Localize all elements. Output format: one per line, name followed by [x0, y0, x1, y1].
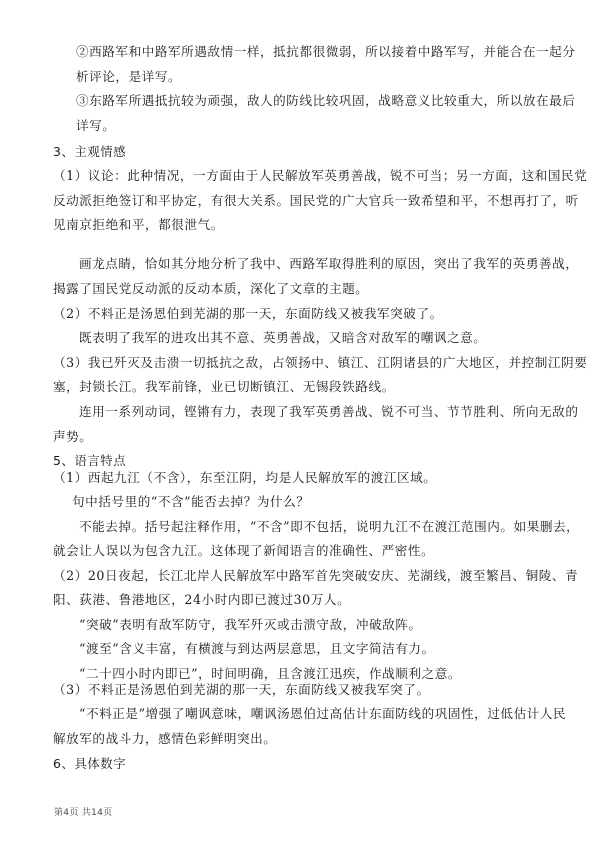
text-line: “突破”表明有敌军防守，我军歼灭或击溃守敌，冲破敌阵。 — [79, 617, 422, 633]
text-line: “不料正是”增强了嘲讽意味，嘲讽汤恩伯过高估计东面防线的巩固性，过低估计人民 — [79, 706, 566, 722]
text-line: （3）我已歼灭及击溃一切抵抗之敌，占领扬中、镇江、江阴诸县的广大地区，并控制江阴… — [53, 355, 587, 371]
page-number-footer: 第4页 共14页 — [54, 805, 112, 818]
text-line: 揭露了国民党反动派的反动本质，深化了文章的主题。 — [53, 281, 368, 297]
section-heading: 3、主观情感 — [53, 144, 126, 160]
text-line: 画龙点睛，恰如其分地分析了我中、西路军取得胜利的原因，突出了我军的英勇善战， — [79, 256, 578, 272]
text-line: 声势。 — [53, 429, 92, 445]
text-line: （2）20日夜起，长江北岸人民解放军中路军首先突破安庆、芜湖线，渡至繁昌、铜陵、… — [53, 568, 578, 584]
section-heading: 5、语言特点 — [53, 453, 126, 469]
text-line: 塞，封锁长江。我军前锋，业已切断镇江、无锡段铁路线。 — [53, 379, 395, 395]
text-line: 连用一系列动词，铿锵有力，表现了我军英勇善战、锐不可当、节节胜利、所向无敌的 — [79, 404, 578, 420]
text-line: ②西路军和中路军所遇敌情一样，抵抗都很微弱，所以接着中路军写，并能合在一起分 — [76, 44, 575, 60]
text-line: 不能去掉。括号起注释作用，“不含”即不包括，说明九江不在渡江范围内。如果删去， — [79, 519, 579, 535]
text-line: 解放军的战斗力，感情色彩鲜明突出。 — [53, 731, 276, 747]
text-line: “渡至”含义丰富，有横渡与到达两层意思，且文字简洁有力。 — [79, 641, 435, 657]
text-line: 反动派拒绝签订和平协定，有很大关系。国民党的广大官兵一致希望和平，不想再打了，听 — [53, 193, 579, 209]
text-line: （1）议论：此种情况，一方面由于人民解放军英勇善战，锐不可当；另一方面，这和国民… — [53, 168, 587, 184]
text-line: 既表明了我军的进攻出其不意、英勇善战，又暗含对敌军的嘲讽之意。 — [79, 330, 486, 346]
text-line: 详写。 — [76, 118, 115, 134]
text-line: （3）不料正是汤恩伯到芜湖的那一天，东面防线又被我军突了。 — [53, 682, 430, 698]
text-line: 见南京拒绝和平，都很泄气。 — [53, 217, 224, 233]
text-line: （1）西起九江（不含），东至江阴，均是人民解放军的渡江区域。 — [53, 470, 436, 486]
text-line: ③东路军所遇抵抗较为顽强，敌人的防线比较巩固，战略意义比较重大，所以放在最后 — [76, 93, 575, 109]
text-line: “二十四小时内即已”，时间明确，且含渡江迅疾，作战顺利之意。 — [79, 666, 461, 682]
text-line: 就会让人误以为包含九江。这体现了新闻语言的准确性、严密性。 — [53, 543, 434, 559]
text-line: 阳、荻港、鲁港地区，24小时内即已渡过30万人。 — [53, 592, 350, 608]
text-line: 析评论，是详写。 — [76, 69, 181, 85]
document-page: ②西路军和中路军所遇敌情一样，抵抗都很微弱，所以接着中路军写，并能合在一起分析评… — [0, 0, 596, 842]
section-heading: 6、具体数字 — [53, 756, 126, 772]
text-line: （2）不料正是汤恩伯到芜湖的那一天，东面防线又被我军突破了。 — [53, 306, 443, 322]
text-line: 句中括号里的“不含”能否去掉？为什么？ — [72, 494, 309, 510]
